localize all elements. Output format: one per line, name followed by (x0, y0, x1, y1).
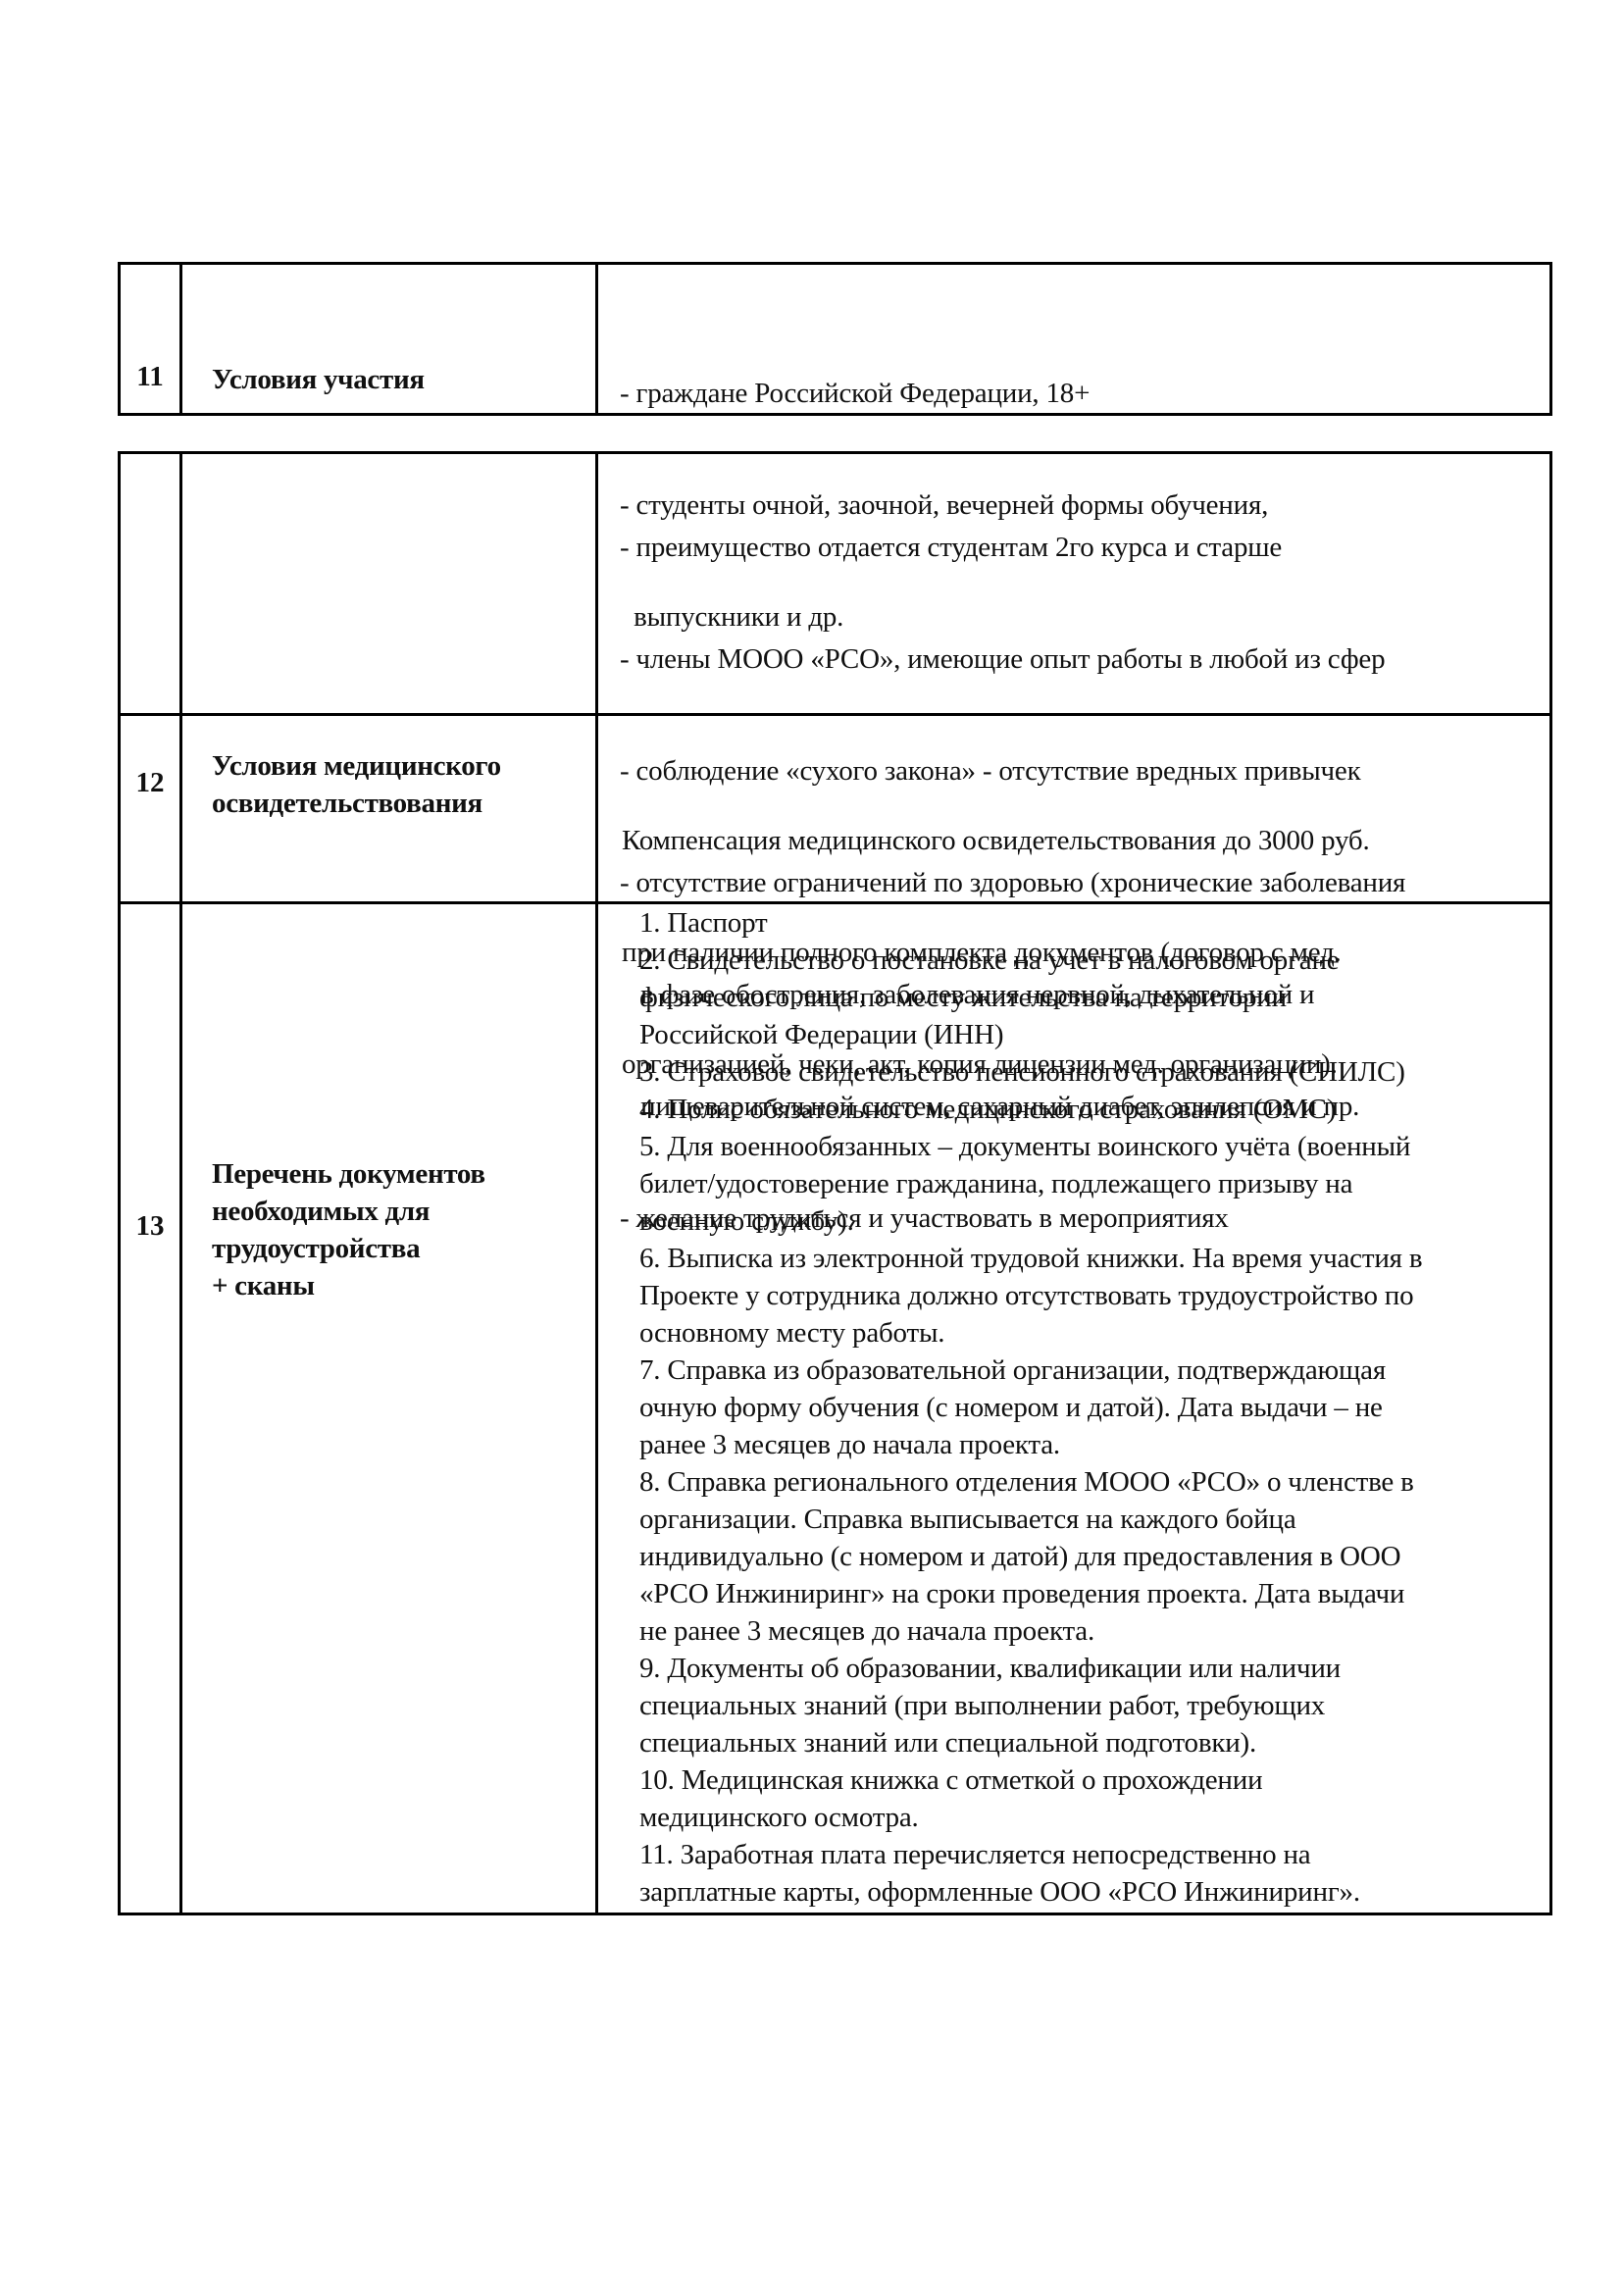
document-list-line: билет/удостоверение гражданина, подлежащ… (639, 1165, 1422, 1202)
document-list-line: «РСО Инжиниринг» на сроки проведения про… (639, 1575, 1422, 1612)
document-list-line: основному месту работы. (639, 1314, 1422, 1352)
required-documents-list: 1. Паспорт2. Свидетельство о постановке … (639, 904, 1422, 1911)
row-number: 11 (121, 361, 179, 393)
document-list-line: физического лица по месту жительства на … (639, 979, 1422, 1016)
document-list-line: Российской Федерации (ИНН) (639, 1016, 1422, 1053)
document-list-line: 3. Страховое свидетельство пенсионного с… (639, 1053, 1422, 1091)
row-title-line: Условия участия (212, 361, 585, 398)
document-list-line: ранее 3 месяцев до начала проекта. (639, 1426, 1422, 1463)
content-line: Компенсация медицинского освидетельствов… (622, 822, 1370, 859)
table-fragment-top: 11 Условия участия - граждане Российской… (118, 262, 1552, 416)
row-number-cell: 11 (121, 265, 182, 413)
document-list-line: 4. Полис обязательного медицинского стра… (639, 1091, 1422, 1128)
row-number-cell: 13 (121, 904, 182, 1913)
document-list-line: 1. Паспорт (639, 904, 1422, 942)
row-content-cell: - преимущество отдается студентам 2го ку… (598, 454, 1549, 716)
table-row-12: 12 Условия медицинского освидетельствова… (121, 713, 1549, 904)
row-title-line: Перечень документов (212, 1155, 585, 1193)
document-list-line: не ранее 3 месяцев до начала проекта. (639, 1612, 1422, 1650)
content-line: - преимущество отдается студентам 2го ку… (620, 529, 1405, 566)
row-title-line: Условия медицинского (212, 747, 585, 785)
row-title-line: + сканы (212, 1267, 585, 1304)
row-number: 12 (121, 767, 179, 799)
content-line: - члены МООО «РСО», имеющие опыт работы … (620, 640, 1405, 678)
table-fragment-bottom: - преимущество отдается студентам 2го ку… (118, 451, 1552, 1915)
document-list-line: 5. Для военнообязанных – документы воинс… (639, 1128, 1422, 1165)
document-list-line: индивидуально (с номером и датой) для пр… (639, 1538, 1422, 1575)
row-number-cell (121, 454, 182, 716)
document-list-line: военную службу). (639, 1202, 1422, 1240)
document-list-line: 11. Заработная плата перечисляется непос… (639, 1836, 1422, 1873)
document-list-line: Проекте у сотрудника должно отсутствоват… (639, 1277, 1422, 1314)
document-list-line: медицинского осмотра. (639, 1799, 1422, 1836)
table-row-11: 11 Условия участия - граждане Российской… (121, 265, 1549, 413)
document-list-line: очную форму обучения (с номером и датой)… (639, 1389, 1422, 1426)
row-title-line: освидетельствования (212, 785, 585, 822)
row-title-cell: Условия участия (182, 265, 598, 413)
content-line: - граждане Российской Федерации, 18+ (620, 375, 1268, 412)
table-row-11-continued: - преимущество отдается студентам 2го ку… (121, 454, 1549, 716)
row-content-cell: - граждане Российской Федерации, 18+ - с… (598, 265, 1549, 413)
row-title-cell: Условия медицинского освидетельствования (182, 716, 598, 904)
table-row-13: 13 Перечень документов необходимых для т… (121, 901, 1549, 1913)
row-title-line: необходимых для (212, 1193, 585, 1230)
row-title-line: трудоустройства (212, 1230, 585, 1267)
document-list-line: 7. Справка из образовательной организаци… (639, 1352, 1422, 1389)
row-title-cell (182, 454, 598, 716)
document-list-line: 8. Справка регионального отделения МООО … (639, 1463, 1422, 1501)
row-content-cell: Компенсация медицинского освидетельствов… (598, 716, 1549, 904)
row-title: Условия медицинского освидетельствования (212, 747, 585, 822)
row-content-cell: 1. Паспорт2. Свидетельство о постановке … (598, 904, 1549, 1913)
document-list-line: организации. Справка выписывается на каж… (639, 1501, 1422, 1538)
document-list-line: специальных знаний (при выполнении работ… (639, 1687, 1422, 1724)
document-list-line: 6. Выписка из электронной трудовой книжк… (639, 1240, 1422, 1277)
document-list-line: специальных знаний или специальной подго… (639, 1724, 1422, 1761)
document-list-line: зарплатные карты, оформленные ООО «РСО И… (639, 1873, 1422, 1911)
row-number: 13 (121, 1210, 179, 1243)
document-list-line: 10. Медицинская книжка с отметкой о прох… (639, 1761, 1422, 1799)
row-number-cell: 12 (121, 716, 182, 904)
row-title: Перечень документов необходимых для труд… (212, 1155, 585, 1304)
row-title-cell: Перечень документов необходимых для труд… (182, 904, 598, 1913)
row-title: Условия участия (212, 361, 585, 398)
document-list-line: 9. Документы об образовании, квалификаци… (639, 1650, 1422, 1687)
document-list-line: 2. Свидетельство о постановке на учет в … (639, 942, 1422, 979)
